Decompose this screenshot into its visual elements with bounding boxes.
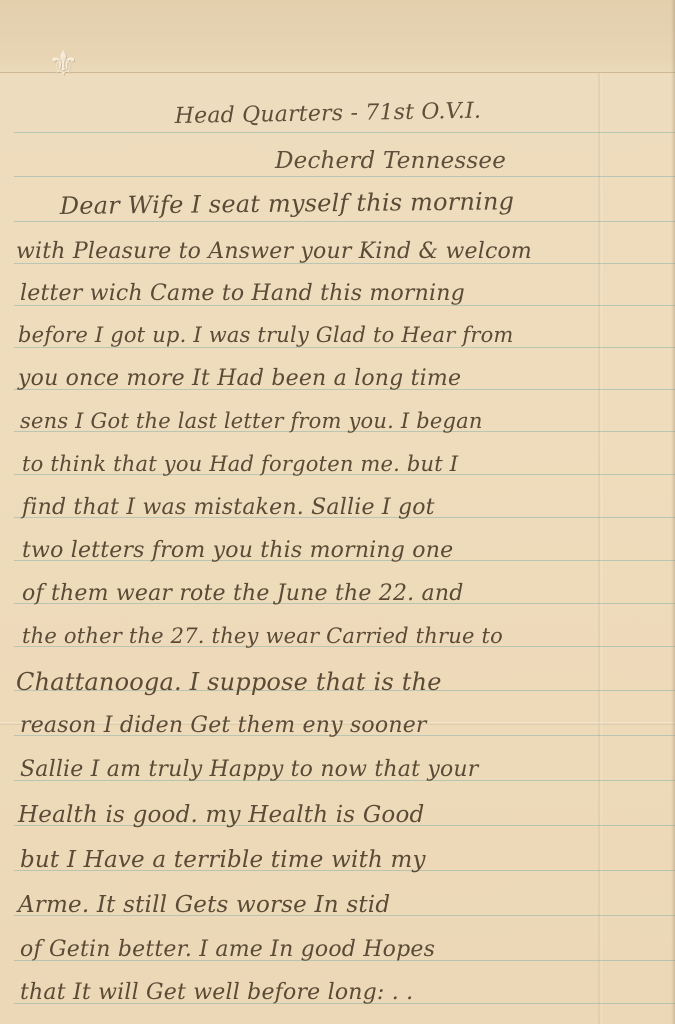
letter-line-15: Health is good. my Health is Good: [18, 802, 424, 828]
letter-page: ⚜ Head Quarters - 71st O.V.I. Decherd Te…: [0, 0, 675, 1024]
letter-line-12: Chattanooga. I suppose that is the: [16, 668, 442, 696]
letter-line-16: but I Have a terrible time with my: [20, 847, 426, 873]
letter-line-9: two letters from you this morning one: [22, 538, 453, 563]
letter-line-18: of Getin better. I ame In good Hopes: [20, 937, 435, 962]
letter-line-13: reason I diden Get them eny sooner: [20, 713, 427, 738]
rule-line: [14, 221, 675, 222]
letter-line-19: that It will Get well before long: . .: [20, 980, 413, 1005]
rule-line: [14, 176, 675, 177]
letter-line-1: Dear Wife I seat myself this morning: [60, 187, 515, 220]
letter-line-14: Sallie I am truly Happy to now that your: [20, 757, 478, 782]
letter-line-4: before I got up. I was truly Glad to Hea…: [18, 323, 514, 347]
letter-line-6: sens I Got the last letter from you. I b…: [20, 409, 483, 433]
page-edge: [671, 0, 675, 1024]
letter-line-8: find that I was mistaken. Sallie I got: [22, 495, 435, 520]
rule-line: [14, 132, 675, 133]
letter-heading-place: Decherd Tennessee: [275, 148, 506, 174]
letter-line-11: the other the 27. they wear Carried thru…: [22, 624, 503, 648]
rule-line: [14, 347, 675, 348]
letter-line-10: of them wear rote the June the 22. and: [22, 581, 464, 606]
letter-line-3: letter wich Came to Hand this morning: [20, 281, 465, 306]
letter-line-5: you once more It Had been a long time: [18, 366, 461, 391]
letter-line-17: Arme. It still Gets worse In stid: [18, 892, 390, 918]
letter-heading-location: Head Quarters - 71st O.V.I.: [175, 99, 482, 129]
letter-line-2: with Pleasure to Answer your Kind & welc…: [16, 239, 532, 264]
letter-line-7: to think that you Had forgoten me. but I: [22, 452, 458, 476]
